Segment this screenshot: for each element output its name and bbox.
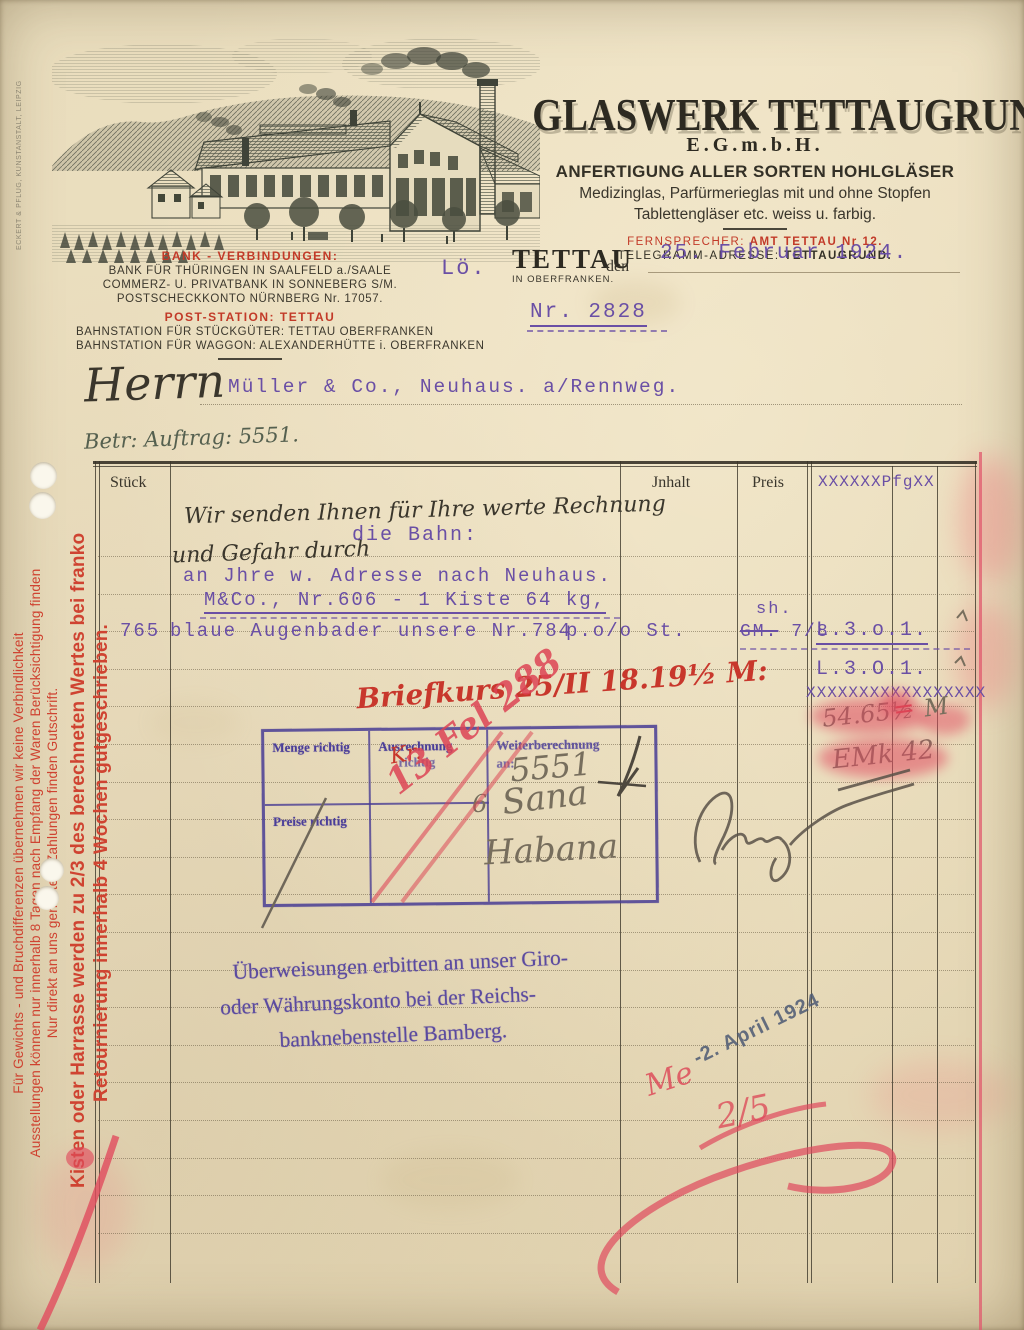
preprinted-line2: und Gefahr durch: [172, 537, 371, 569]
col-header-content: Jnhalt: [652, 474, 690, 492]
red-loop-mark: [601, 1104, 893, 1292]
table-vline: [892, 466, 893, 1283]
red-ink-bleed: [960, 455, 1020, 585]
typed-shipment-line: M&Co., Nr.606 - 1 Kiste 64 kg,: [204, 589, 606, 614]
item-amount: L.3.o.1.: [816, 619, 928, 645]
table-top-rule: [93, 461, 977, 464]
bank-line: POSTSCHECKKONTO NÜRNBERG Nr. 17057.: [76, 292, 424, 306]
red-smudge: [818, 738, 948, 778]
divider: [723, 228, 787, 230]
dotted-rule: [98, 1120, 974, 1121]
item-unit-struck: GM.: [740, 622, 778, 642]
divider: [218, 358, 282, 360]
table-vline: [170, 461, 171, 1283]
pencil-note-habana: Habana: [483, 827, 619, 874]
recipient-rule: [200, 404, 962, 405]
table-top-rule2: [93, 466, 977, 467]
subject-note: Betr: Auftrag: 5551.: [84, 422, 300, 453]
red-me-note: Me: [641, 1055, 698, 1103]
margin-line4: Kisten oder Harrasse werden zu 2/3 des b…: [67, 538, 90, 1188]
red-fraction-note: 2/5: [712, 1087, 774, 1138]
punch-hole: [29, 492, 56, 519]
shipment-underline2: [200, 617, 620, 619]
dotted-rule: [98, 932, 974, 933]
stamp-divider: [368, 731, 372, 903]
post-line: BAHNSTATION FÜR STÜCKGÜTER: TETTAU OBERF…: [76, 325, 424, 339]
punch-hole: [40, 858, 64, 882]
col-header-qty: Stück: [110, 474, 146, 492]
table-vline: [807, 461, 808, 1283]
cart: [308, 232, 328, 240]
margin-line5: Retournierung innerhalb 4 Wochen gutgesc…: [90, 538, 113, 1188]
item-qty: 765: [120, 620, 160, 642]
equals-sign: =: [891, 693, 917, 726]
table-vline: [975, 461, 976, 1283]
bank-line: COMMERZ- U. PRIVATBANK IN SONNEBERG S/M.: [76, 278, 424, 292]
tagline: ANFERTIGUNG ALLER SORTEN HOHLGLÄSER: [518, 162, 992, 182]
punch-hole: [30, 462, 57, 489]
invoice-document: ECKERT & PFLUG, KUNSTANSTALT, LEIPZIG: [0, 0, 1024, 1330]
bank-block: BANK - VERBINDUNGEN: BANK FÜR THÜRINGEN …: [76, 249, 424, 366]
item-amount2: L.3.O.1.: [816, 658, 928, 681]
table-vline: [811, 461, 812, 1283]
col-header-price: Preis: [752, 474, 784, 492]
col-header-currency-crossed: XXXXXXPfgXX: [818, 473, 935, 491]
punch-hole: [35, 886, 59, 910]
roof-monitor: [260, 125, 346, 134]
item-per: p.o/o St.: [566, 620, 687, 642]
post-line: BAHNSTATION FÜR WAGGON: ALEXANDERHÜTTE i…: [76, 339, 424, 353]
place-subline: IN OBERFRANKEN.: [512, 274, 614, 285]
recipient-name: Müller & Co., Neuhaus. a/Rennweg.: [228, 376, 680, 398]
transfer-note-stamp: Überweisungen erbitten an unser Giro- od…: [218, 940, 572, 1060]
typed-address-line: an Jhre w. Adresse nach Neuhaus.: [183, 565, 612, 587]
chimney-small: [350, 110, 357, 126]
clerk-initials: Lö.: [441, 256, 487, 281]
table-vline: [937, 466, 938, 1283]
bank-line: BANK FÜR THÜRINGEN IN SAALFELD a./SAALE: [76, 264, 424, 278]
printer-credit: ECKERT & PFLUG, KUNSTANSTALT, LEIPZIG: [16, 80, 23, 250]
products-line1: Medizinglas, Parfürmerieglas mit und ohn…: [518, 185, 992, 203]
signature: [695, 770, 914, 881]
factory-illustration: [52, 26, 540, 264]
company-name: GLASWERK TETTAUGRUND: [532, 92, 978, 137]
dotted-rule: [98, 1158, 974, 1159]
item-desc: blaue Augenbader unsere Nr.784: [170, 620, 572, 642]
dotted-rule: [98, 1082, 974, 1083]
paper-stain: [380, 1150, 520, 1210]
pencil-small-note: 6: [472, 790, 487, 818]
typed-carrier: die Bahn:: [352, 524, 478, 547]
received-date-stamp: -2. April 1924: [690, 989, 824, 1070]
dotted-rule: [98, 1233, 974, 1234]
products-line2: Tablettengläser etc. weiss u. farbig.: [518, 206, 992, 224]
stamp-divider: [265, 802, 489, 806]
date-rule: [648, 272, 960, 273]
stamp-cell-preise: Preise richtig: [273, 813, 347, 830]
equals-mark: M: [922, 691, 950, 722]
masthead: GLASWERK TETTAUGRUND E.G.m.b.H. ANFERTIG…: [518, 92, 992, 262]
dotted-rule: [98, 1195, 974, 1196]
bank-heading: BANK - VERBINDUNGEN:: [76, 249, 424, 263]
post-heading: POST-STATION: TETTAU: [76, 310, 424, 324]
typed-date: 25. Februar 1924.: [660, 242, 908, 265]
number-underline: [527, 330, 667, 332]
chimney-large: [480, 84, 495, 214]
margin-line1: Für Gewichts - und Bruchdifferenzen über…: [10, 538, 27, 1188]
table-vline: [737, 461, 738, 1283]
document-number: Nr. 2828: [530, 301, 647, 327]
stamp-cell-menge: Menge richtig: [272, 739, 350, 756]
item-unit-label: sh.: [756, 600, 793, 619]
amount-underline2: [740, 648, 970, 650]
red-margin-line: [979, 452, 982, 1330]
